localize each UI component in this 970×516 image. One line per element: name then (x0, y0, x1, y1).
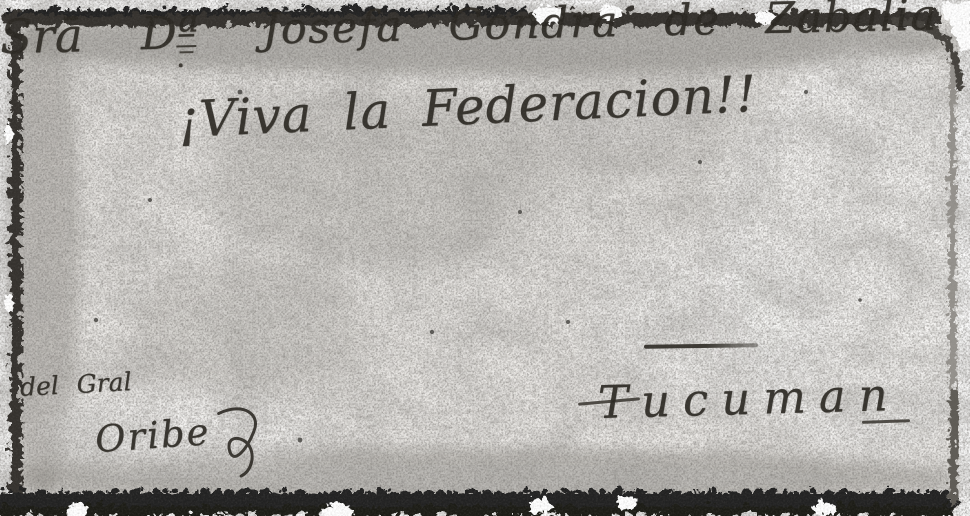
destination-place: Tucuman (597, 368, 901, 429)
handwriting-layer: ¡Viva la Federacion!! Srā Dª Josefa Gond… (0, 0, 970, 516)
signature-line: Oribe (94, 406, 274, 490)
addressee-line: Srā Dª Josefa Gondra de Zabalia (0, 0, 970, 65)
salutation-line: ¡Viva la Federacion!! (177, 65, 758, 149)
scanned-document: ¡Viva la Federacion!! Srā Dª Josefa Gond… (0, 0, 970, 516)
abbreviation-underline-2 (180, 51, 194, 53)
signature-rubric (210, 400, 273, 482)
destination-tail-stroke (862, 419, 910, 423)
abbreviation-dot (179, 63, 183, 67)
signature-name: Oribe (94, 410, 212, 461)
addressee-honorific-wrap: Dª (140, 6, 199, 60)
addressee-prefix: Srā (0, 8, 83, 65)
abbreviation-underline (176, 45, 196, 48)
divider-stroke (644, 343, 758, 349)
addressee-name: Josefa Gondra de Zabalia (262, 0, 939, 55)
sender-title: del Gral (19, 367, 132, 402)
